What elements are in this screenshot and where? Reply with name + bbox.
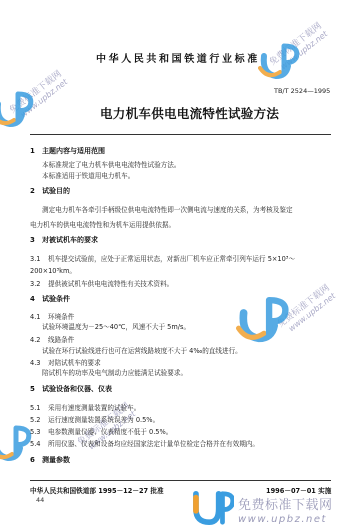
clause: 4.2线路条件 (30, 334, 74, 344)
clause: 4.1环境条件 (30, 311, 74, 321)
bottom-brand: 免费标准下载网 www.upbz.net (238, 494, 333, 525)
clause-body: 试验在环行试验线进行也可在运营线路坡度不大于 4‰的直线进行。 (42, 346, 242, 357)
up-logo-icon (236, 290, 292, 346)
up-logo-icon (192, 490, 234, 526)
section-heading: 2试验目的 (30, 186, 70, 196)
issuing-organization: 中华人民共和国铁道行业标准 (96, 50, 260, 65)
clause-body: 试验环境温度为－25～40℃，风速不大于 5m/s。 (42, 322, 190, 333)
section-heading: 1主题内容与适用范围 (30, 146, 105, 156)
approval-info: 中华人民共和国铁道部 1995－12－27 批准 (30, 485, 164, 495)
footer-divider (30, 480, 331, 481)
clause-body: 陪试机车的功率及电气制动力应能满足试验要求。 (42, 368, 187, 379)
up-logo-icon (0, 86, 36, 130)
standard-code: TB/T 2524—1995 (274, 87, 330, 95)
section-heading: 6测量参数 (30, 455, 70, 465)
section-heading: 5试验设备和仪器、仪表 (30, 384, 112, 394)
paragraph: 测定电力机车各牵引手柄级位供电电流特性即一次侧电流与速度的关系，为考核及鉴定 (42, 205, 293, 216)
clause: 4.3对陪试机车的要求 (30, 357, 101, 367)
clause: 3.1机车提交试验前，应处于正常运用状态，对新出厂机车应正常牵引列车运行 5×1… (30, 253, 295, 263)
implementation-date: 1996－07－01 实施 (266, 485, 331, 495)
section-heading: 3对被试机车的要求 (30, 235, 98, 245)
header-divider (30, 134, 331, 135)
clause: 5.1采用有速度测量装置的试验车。 (30, 402, 140, 412)
section-heading: 4试验条件 (30, 294, 70, 304)
paragraph: 本标准规定了电力机车供电电流特性试验方法。 (42, 160, 180, 171)
clause-continuation: 200×10³km。 (30, 265, 76, 275)
paragraph: 本标准适用于铁道用电力机车。 (42, 171, 134, 182)
document-title: 电力机车供电电流特性试验方法 (100, 104, 279, 122)
brand-name: 免费标准下载网 (238, 494, 333, 513)
brand-url: www.upbz.net (238, 514, 333, 525)
clause: 3.2提供被试机车供电电流特性有关技术资料。 (30, 278, 173, 288)
clause: 5.4所用仪器、仪表和设备均应经国家法定计量单位检定合格并在有效期内。 (30, 438, 259, 448)
clause: 5.2运行速度测量装置系统误差为 0.5%。 (30, 414, 159, 424)
up-logo-icon (258, 38, 302, 82)
paragraph: 电力机车的供电电流特性和为机车运用提供依据。 (30, 219, 175, 229)
up-logo-icon (0, 420, 34, 464)
page-number: 44 (36, 496, 44, 504)
clause: 5.3电参数测量仪器、仪表精度不低于 0.5%。 (30, 426, 172, 436)
